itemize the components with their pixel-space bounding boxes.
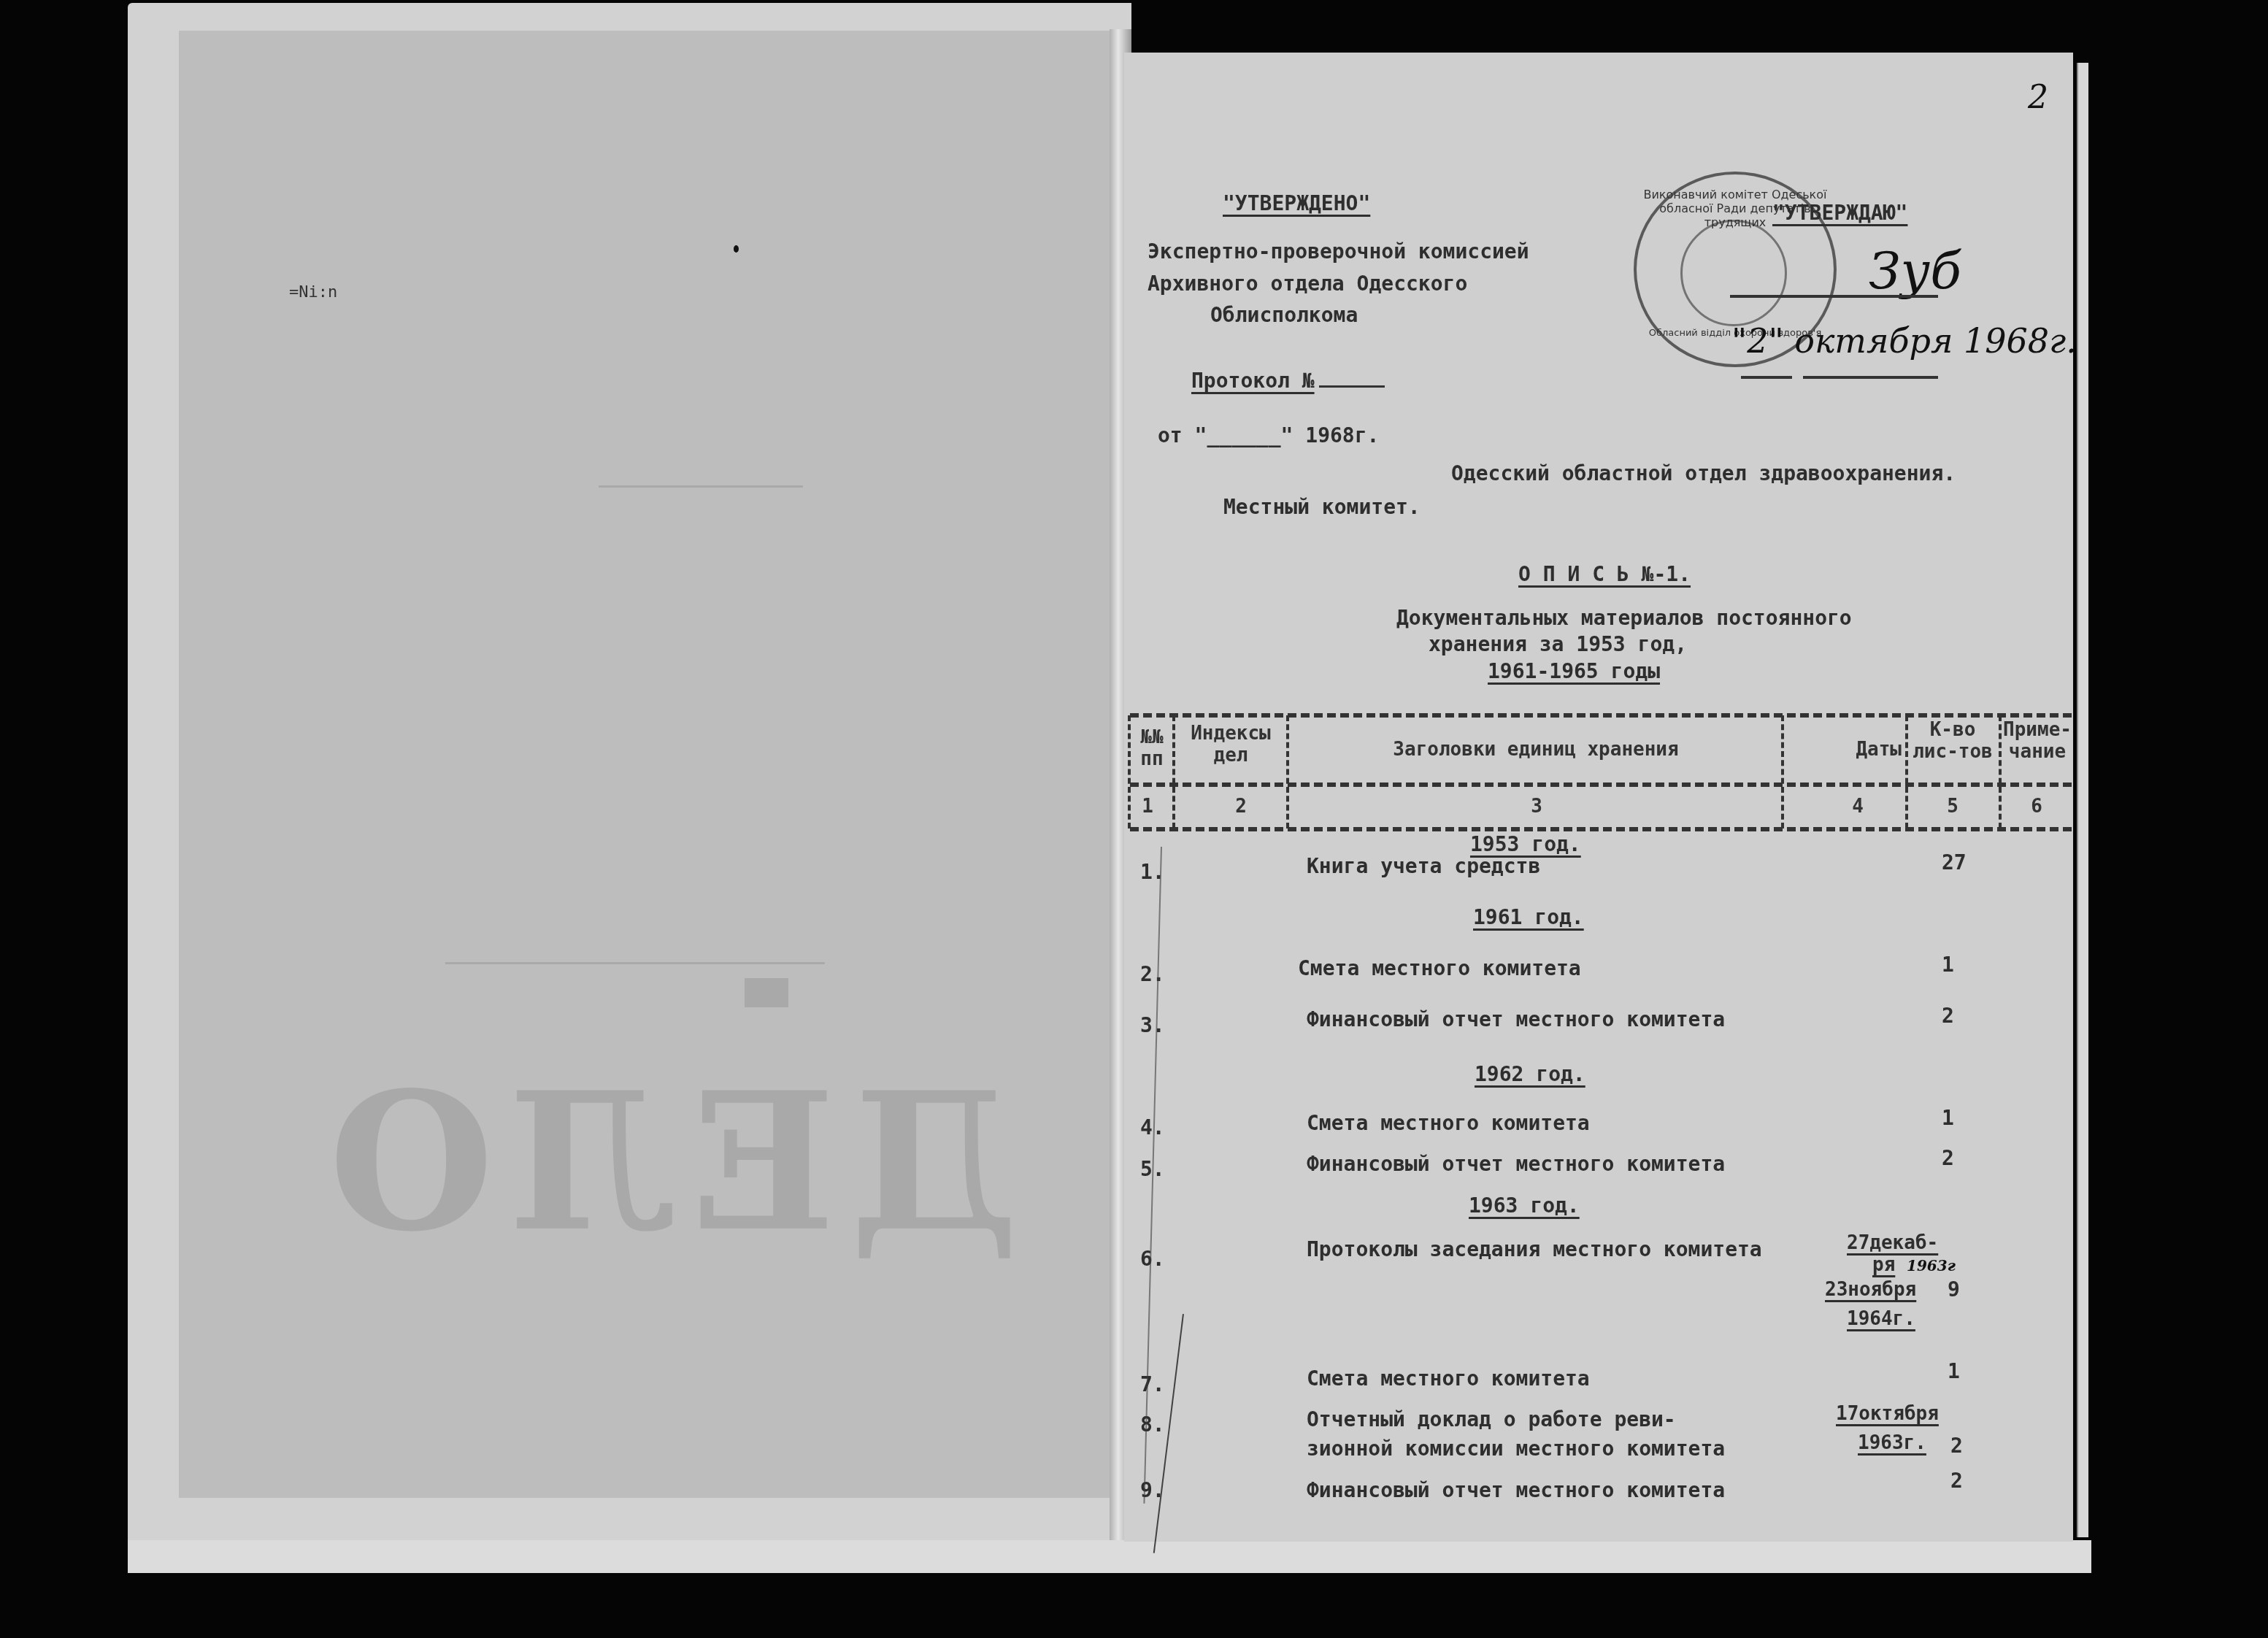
approve-heading: "УТВЕРЖДАЮ" xyxy=(1772,201,1907,225)
stamp-emblem xyxy=(1680,220,1787,326)
header-title: Заголовки единиц хранения xyxy=(1292,739,1780,761)
approval-line-2: Архивного отдела Одесского xyxy=(1148,272,1467,296)
row-title-line-1: Отчетный доклад о работе реви- xyxy=(1307,1407,1676,1431)
date-line-month xyxy=(1803,376,1938,379)
row-number: 8. xyxy=(1140,1412,1165,1437)
row-sheets: 9 xyxy=(1948,1277,1960,1301)
ghost-mark xyxy=(745,978,788,1007)
colnum-3: 3 xyxy=(1522,796,1551,818)
col-divider xyxy=(1905,715,1908,828)
row-title: Протоколы заседания местного комитета xyxy=(1307,1237,1762,1261)
colnum-2: 2 xyxy=(1226,796,1256,818)
row-title: Смета местного комитета xyxy=(1298,956,1581,980)
col-divider xyxy=(1172,715,1175,828)
header-index: Индексы дел xyxy=(1177,723,1285,766)
row-title: Смета местного комитета xyxy=(1307,1366,1590,1391)
section-year-1961: 1961 год. xyxy=(1473,905,1584,929)
folder-bottom-edge xyxy=(128,1540,2091,1573)
row-sheets: 1 xyxy=(1942,953,1954,977)
committee-name: Местный комитет. xyxy=(1223,495,1421,519)
table-rule-mid xyxy=(1130,783,2072,787)
signature: Зуб xyxy=(1869,241,1961,301)
table-rule-bottom xyxy=(1130,827,2072,831)
row-number: 2. xyxy=(1140,962,1165,986)
row-sheets: 1 xyxy=(1948,1359,1960,1383)
approved-heading: "УТВЕРЖДЕНО" xyxy=(1223,191,1370,215)
row-sheets: 2 xyxy=(1950,1469,1963,1493)
ghost-underline xyxy=(599,485,803,488)
col-divider xyxy=(1781,715,1784,828)
row-title: Финансовый отчет местного комитета xyxy=(1307,1152,1725,1176)
row-sheets: 2 xyxy=(1942,1004,1954,1028)
page-edge xyxy=(2077,63,2088,1537)
inventory-title: О П И С Ь №-1. xyxy=(1518,562,1691,586)
approval-date: "2" октября 1968г. xyxy=(1731,321,2077,361)
row-date-end: 23ноября xyxy=(1825,1279,1916,1301)
row-title: Книга учета средств xyxy=(1307,854,1540,878)
ghost-rule xyxy=(445,962,825,964)
row-number: 7. xyxy=(1140,1372,1165,1396)
subtitle-line-2: хранения за 1953 год, xyxy=(1429,632,1687,656)
colnum-1: 1 xyxy=(1133,796,1162,818)
header-number: №№ пп xyxy=(1131,726,1172,770)
col-divider xyxy=(1286,715,1289,828)
table-rule-top xyxy=(1130,713,2072,718)
protocol-label: Протокол № xyxy=(1191,369,1385,393)
row-number: 3. xyxy=(1140,1013,1165,1037)
row-sheets: 2 xyxy=(1950,1434,1963,1458)
signature-line xyxy=(1730,295,1938,298)
row-title: Смета местного комитета xyxy=(1307,1111,1590,1135)
header-sheets: К-во лис-тов xyxy=(1909,719,1996,763)
section-year-1953: 1953 год. xyxy=(1470,832,1581,856)
smudge-text: =Ni:n xyxy=(289,283,337,301)
protocol-date: от "______" 1968г. xyxy=(1158,423,1379,447)
colnum-4: 4 xyxy=(1843,796,1872,818)
row-sheets: 2 xyxy=(1942,1146,1954,1170)
section-year-1962: 1962 год. xyxy=(1475,1062,1585,1086)
row-sheets: 1 xyxy=(1942,1106,1954,1130)
organization-name: Одесский областной отдел здравоохранения… xyxy=(1451,461,1956,485)
row-date-start: 27декаб- xyxy=(1847,1232,1938,1254)
colnum-6: 6 xyxy=(2022,796,2051,818)
row-date-start-cont: ря xyxy=(1872,1254,1895,1276)
date-line-day xyxy=(1741,376,1792,379)
row-title: Финансовый отчет местного комитета xyxy=(1307,1007,1725,1031)
row-title-line-2: зионной комиссии местного комитета xyxy=(1307,1437,1725,1461)
approval-line-1: Экспертно-проверочной комиссией xyxy=(1148,239,1529,264)
subtitle-line-1: Документальных материалов постоянного xyxy=(1396,606,1852,630)
header-notes: Приме-чание xyxy=(2002,719,2073,763)
row-sheets: 27 xyxy=(1942,850,1967,874)
header-dates: Даты xyxy=(1785,739,1902,761)
col-divider xyxy=(1128,715,1131,828)
row-number: 6. xyxy=(1140,1247,1165,1271)
mirrored-cover-text: ДЕЛО xyxy=(314,1051,1019,1274)
row-date-handwritten: 1963г xyxy=(1907,1257,1956,1274)
ink-dot xyxy=(734,245,739,253)
row-title: Финансовый отчет местного комитета xyxy=(1307,1478,1725,1502)
row-date-year: 1963г. xyxy=(1858,1432,1926,1454)
subtitle-line-3: 1961-1965 годы xyxy=(1488,659,1660,683)
page-number: 2 xyxy=(2028,79,2048,116)
section-year-1963: 1963 год. xyxy=(1469,1193,1580,1218)
row-date-end-year: 1964г. xyxy=(1847,1308,1915,1330)
approval-line-3: Облисполкома xyxy=(1210,303,1358,327)
colnum-5: 5 xyxy=(1938,796,1967,818)
left-sheet xyxy=(179,31,1124,1498)
row-date-start: 17октября xyxy=(1836,1403,1939,1425)
